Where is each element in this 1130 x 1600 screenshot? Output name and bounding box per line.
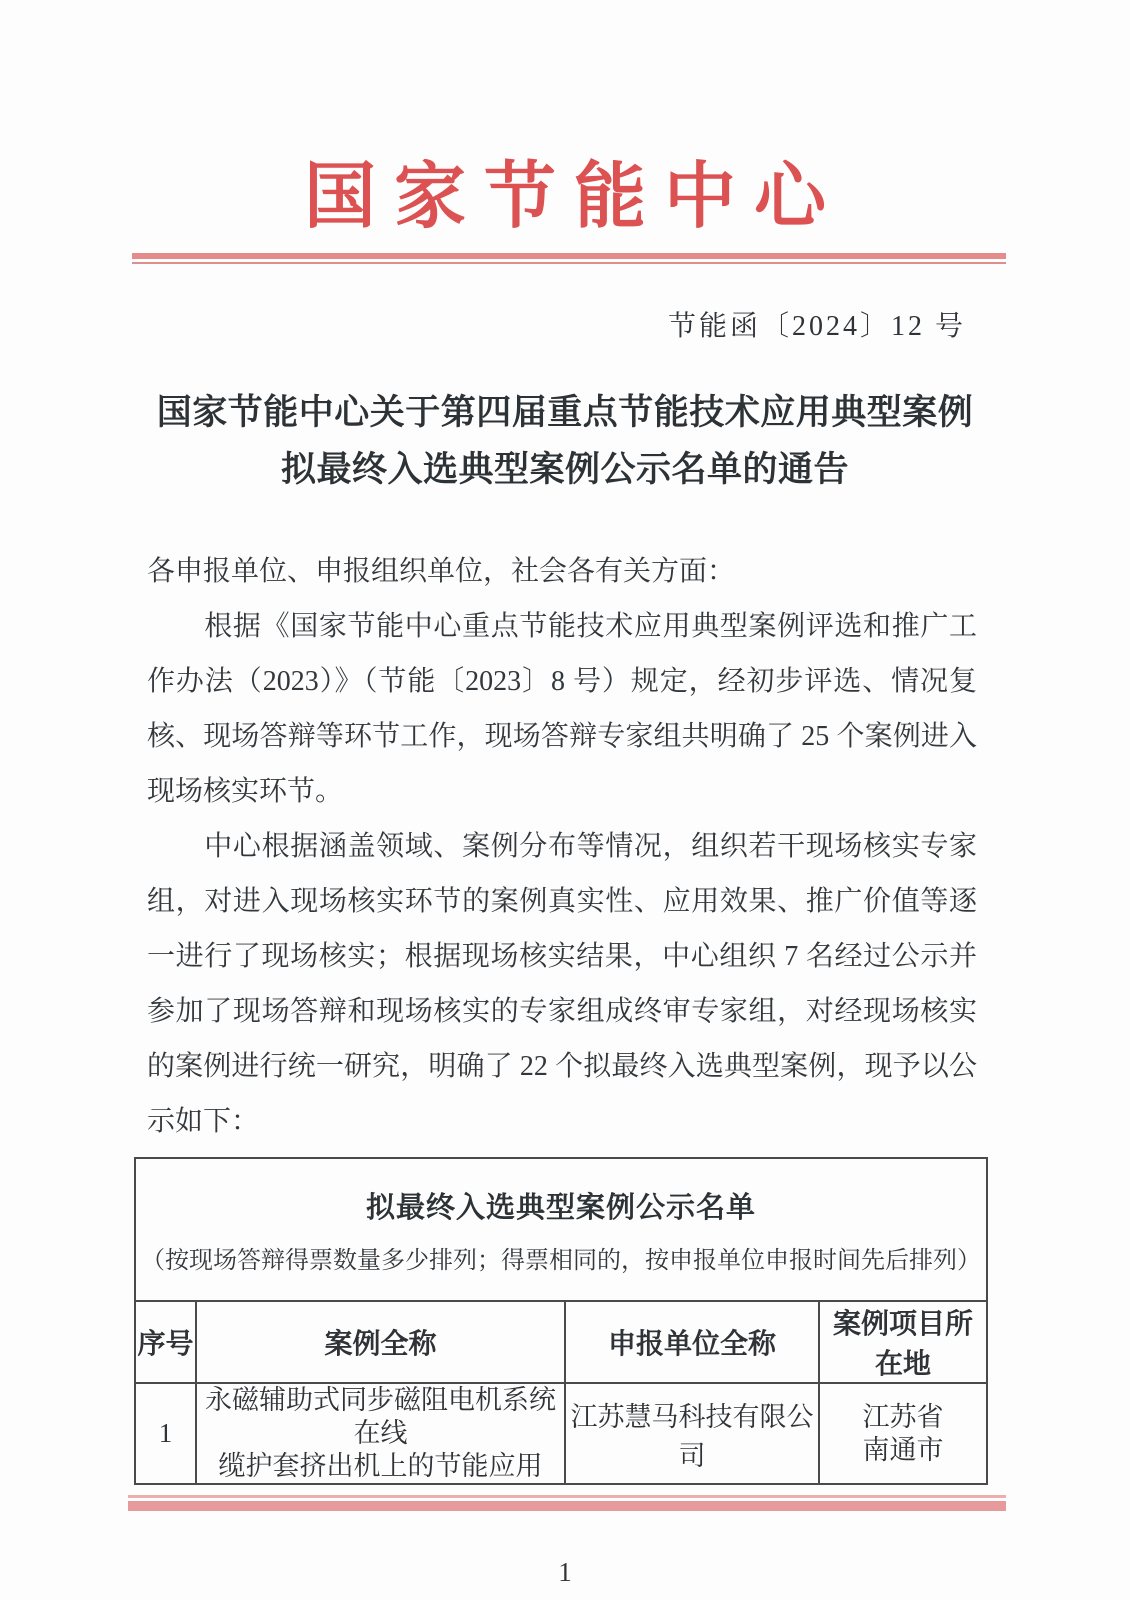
cell-index: 1 bbox=[135, 1383, 196, 1484]
body-line: 根据《国家节能中心重点节能技术应用典型案例评选和推广工 bbox=[147, 599, 977, 654]
table-header-row: 序号 案例全称 申报单位全称 案例项目所在地 bbox=[135, 1301, 987, 1383]
body-line: 现场核实环节。 bbox=[147, 764, 977, 819]
col-header-org-name: 申报单位全称 bbox=[565, 1301, 819, 1383]
body-text: 各申报单位、申报组织单位，社会各有关方面： 根据《国家节能中心重点节能技术应用典… bbox=[147, 544, 977, 1149]
table-caption-cell: 拟最终入选典型案例公示名单 （按现场答辩得票数量多少排列；得票相同的，按申报单位… bbox=[135, 1158, 987, 1301]
letterhead-rule-thin bbox=[132, 262, 1006, 264]
col-header-location: 案例项目所在地 bbox=[819, 1301, 987, 1383]
footer-rule bbox=[128, 1495, 1006, 1511]
table-row: 1 永磁辅助式同步磁阻电机系统在线 缆护套挤出机上的节能应用 江苏慧马科技有限公… bbox=[135, 1383, 987, 1484]
table-caption: 拟最终入选典型案例公示名单 bbox=[136, 1185, 986, 1226]
body-line: 作办法（2023）》（节能〔2023〕8 号）规定，经初步评选、情况复 bbox=[147, 654, 977, 709]
col-header-case-name: 案例全称 bbox=[196, 1301, 565, 1383]
body-line: 中心根据涵盖领域、案例分布等情况，组织若干现场核实专家 bbox=[147, 819, 977, 874]
body-line: 各申报单位、申报组织单位，社会各有关方面： bbox=[147, 544, 977, 599]
cell-org-name: 江苏慧马科技有限公司 bbox=[565, 1383, 819, 1484]
cell-case-name: 永磁辅助式同步磁阻电机系统在线 缆护套挤出机上的节能应用 bbox=[196, 1383, 565, 1484]
letterhead-org-name: 国家节能中心 bbox=[304, 158, 844, 237]
footer-rule-thick bbox=[128, 1501, 1006, 1511]
document-page: 国家节能中心 节能函〔2024〕12 号 国家节能中心关于第四届重点节能技术应用… bbox=[0, 0, 1130, 1600]
announcement-table: 拟最终入选典型案例公示名单 （按现场答辩得票数量多少排列；得票相同的，按申报单位… bbox=[134, 1157, 988, 1485]
body-line: 示如下： bbox=[147, 1094, 977, 1149]
letterhead-rule-thick bbox=[132, 253, 1006, 259]
doc-title: 国家节能中心关于第四届重点节能技术应用典型案例 拟最终入选典型案例公示名单的通告 bbox=[0, 384, 1130, 498]
table-subcaption: （按现场答辩得票数量多少排列；得票相同的，按申报单位申报时间先后排列） bbox=[136, 1240, 986, 1275]
body-line: 的案例进行统一研究，明确了 22 个拟最终入选典型案例，现予以公 bbox=[147, 1039, 977, 1094]
body-line: 一进行了现场核实；根据现场核实结果，中心组织 7 名经过公示并 bbox=[147, 929, 977, 984]
table-caption-row: 拟最终入选典型案例公示名单 （按现场答辩得票数量多少排列；得票相同的，按申报单位… bbox=[135, 1158, 987, 1301]
body-line: 组，对进入现场核实环节的案例真实性、应用效果、推广价值等逐 bbox=[147, 874, 977, 929]
doc-number: 节能函〔2024〕12 号 bbox=[0, 304, 966, 344]
body-line: 核、现场答辩等环节工作，现场答辩专家组共明确了 25 个案例进入 bbox=[147, 709, 977, 764]
cell-location: 江苏省 南通市 bbox=[819, 1383, 987, 1484]
letterhead: 国家节能中心 bbox=[0, 158, 1130, 237]
body-line: 参加了现场答辩和现场核实的专家组成终审专家组，对经现场核实 bbox=[147, 984, 977, 1039]
col-header-index: 序号 bbox=[135, 1301, 196, 1383]
footer-rule-thin bbox=[128, 1495, 1006, 1498]
letterhead-rule bbox=[132, 253, 1006, 264]
doc-title-line-1: 国家节能中心关于第四届重点节能技术应用典型案例 bbox=[0, 384, 1130, 441]
page-number: 1 bbox=[0, 1557, 1130, 1588]
doc-title-line-2: 拟最终入选典型案例公示名单的通告 bbox=[0, 441, 1130, 498]
